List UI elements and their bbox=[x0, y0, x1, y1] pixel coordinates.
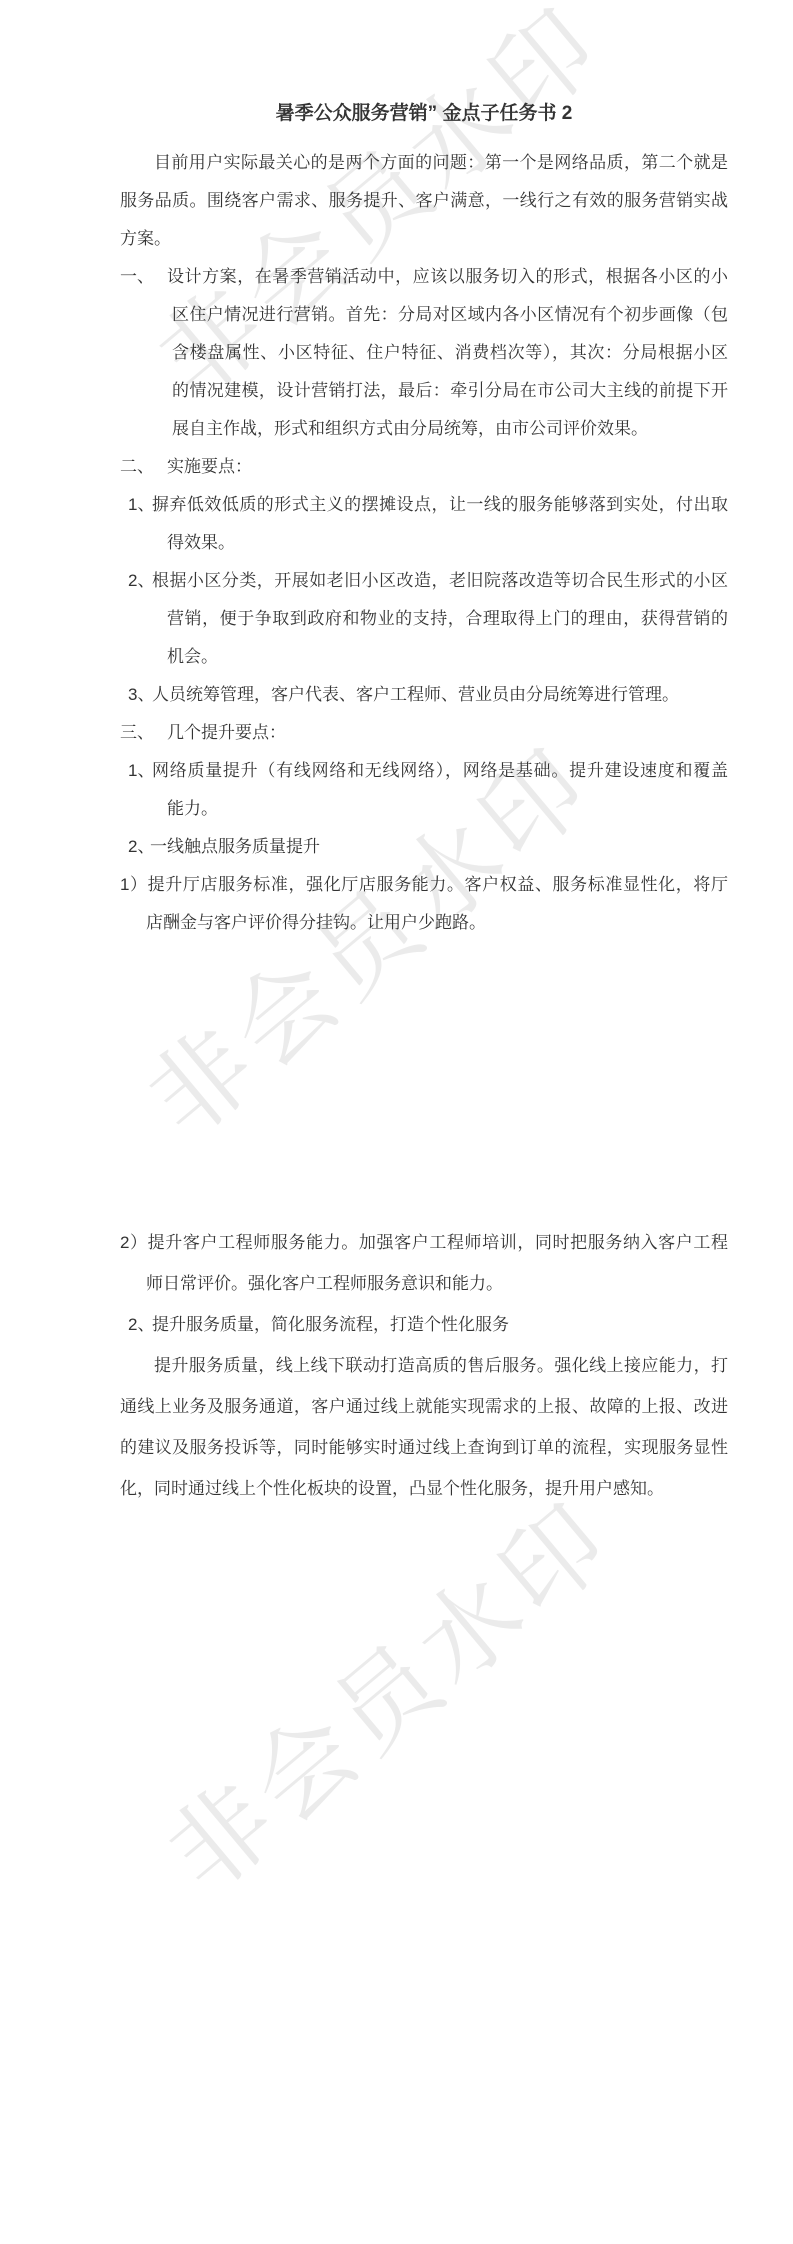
text-line: 一线触点服务质量提升 bbox=[150, 836, 728, 858]
text-line: 含楼盘属性、小区特征、住户特征、消费档次等），其次：分局根据小区 bbox=[172, 342, 728, 364]
text-line: 提升服务质量，简化服务流程，打造个性化服务 bbox=[152, 1314, 728, 1336]
list-marker: 3、 bbox=[128, 684, 154, 706]
text-line: 区住户情况进行营销。首先：分局对区域内各小区情况有个初步画像（包 bbox=[172, 304, 728, 326]
text-line: 摒弃低效低质的形式主义的摆摊设点，让一线的服务能够落到实处，付出取 bbox=[152, 494, 728, 516]
text-line: 几个提升要点： bbox=[167, 722, 728, 744]
text-line: 通线上业务及服务通道，客户通过线上就能实现需求的上报、故障的上报、改进 bbox=[120, 1396, 728, 1418]
text-line: 营销，便于争取到政府和物业的支持，合理取得上门的理由，获得营销的 bbox=[167, 608, 728, 630]
text-line: 得效果。 bbox=[167, 532, 728, 554]
text-line: 师日常评价。强化客户工程师服务意识和能力。 bbox=[146, 1273, 728, 1295]
list-marker: 2、 bbox=[128, 570, 154, 592]
text-line: 店酬金与客户评价得分挂钩。让用户少跑路。 bbox=[146, 912, 728, 934]
text-line: 目前用户实际最关心的是两个方面的问题：第一个是网络品质，第二个就是 bbox=[154, 152, 728, 174]
text-line: 2）提升客户工程师服务能力。加强客户工程师培训，同时把服务纳入客户工程 bbox=[120, 1232, 728, 1254]
list-marker: 一、 bbox=[120, 266, 154, 288]
text-line: 服务品质。围绕客户需求、服务提升、客户满意，一线行之有效的服务营销实战 bbox=[120, 190, 728, 212]
text-line: 人员统筹管理，客户代表、客户工程师、营业员由分局统筹进行管理。 bbox=[152, 684, 728, 706]
text-line: 化，同时通过线上个性化板块的设置，凸显个性化服务，提升用户感知。 bbox=[120, 1478, 728, 1500]
text-line: 机会。 bbox=[167, 646, 728, 668]
text-line: 能力。 bbox=[167, 798, 728, 820]
text-line: 1）提升厅店服务标准，强化厅店服务能力。客户权益、服务标准显性化，将厅 bbox=[120, 874, 728, 896]
list-marker: 1、 bbox=[128, 760, 154, 782]
list-marker: 1、 bbox=[128, 494, 154, 516]
text-line: 展自主作战，形式和组织方式由分局统筹，由市公司评价效果。 bbox=[172, 418, 728, 440]
text-line: 方案。 bbox=[120, 228, 728, 250]
text-line: 网络质量提升（有线网络和无线网络），网络是基础。提升建设速度和覆盖 bbox=[152, 760, 728, 782]
text-line: 提升服务质量，线上线下联动打造高质的售后服务。强化线上接应能力，打 bbox=[154, 1355, 728, 1377]
text-line: 根据小区分类，开展如老旧小区改造，老旧院落改造等切合民生形式的小区 bbox=[152, 570, 728, 592]
text-line: 实施要点： bbox=[167, 456, 728, 478]
list-marker: 三、 bbox=[120, 722, 154, 744]
document-page: 暑季公众服务营销” 金点子任务书 2 目前用户实际最关心的是两个方面的问题：第一… bbox=[0, 0, 793, 2244]
text-line: 的建议及服务投诉等，同时能够实时通过线上查询到订单的流程，实现服务显性 bbox=[120, 1437, 728, 1459]
text-line: 的情况建模，设计营销打法，最后：牵引分局在市公司大主线的前提下开 bbox=[172, 380, 728, 402]
text-line: 设计方案，在暑季营销活动中，应该以服务切入的形式，根据各小区的小 bbox=[167, 266, 728, 288]
list-marker: 二、 bbox=[120, 456, 154, 478]
list-marker: 2、 bbox=[128, 1314, 154, 1336]
document-title: 暑季公众服务营销” 金点子任务书 2 bbox=[120, 102, 728, 126]
